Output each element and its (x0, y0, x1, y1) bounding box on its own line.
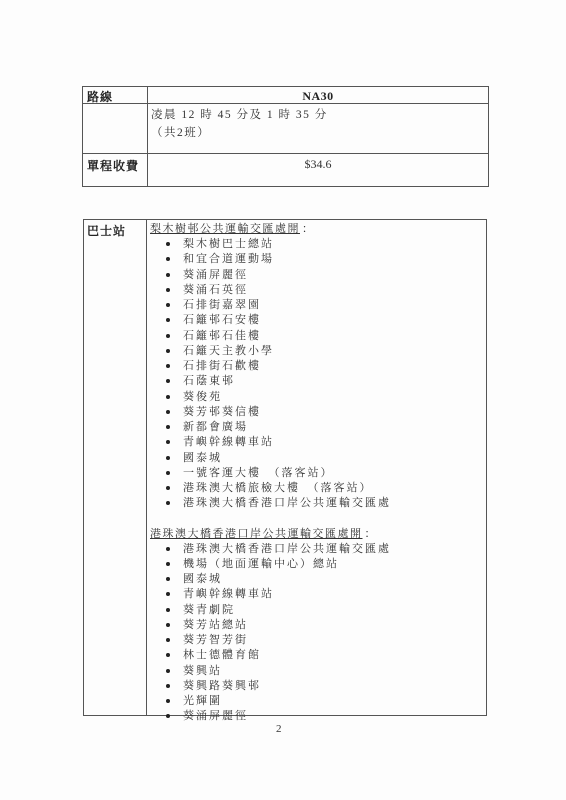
list-item: 葵俊苑 (150, 389, 480, 404)
departure-count-line: （共2班） (151, 124, 481, 142)
list-item: 林士德體育館 (150, 647, 480, 662)
list-item: 港珠澳大橋香港口岸公共運輸交匯處 (150, 495, 480, 510)
section-title-text: 港珠澳大橋香港口岸公共運輸交匯處開 (150, 527, 363, 540)
list-item: 和宜合道運動場 (150, 251, 480, 266)
list-item: 港珠澳大橋旅檢大樓 （落客站） (150, 480, 480, 495)
page-number: 2 (276, 723, 282, 735)
list-item: 葵涌屏麗徑 (150, 267, 480, 282)
list-item: 葵芳邨葵信樓 (150, 404, 480, 419)
list-item: 梨木樹巴士總站 (150, 236, 480, 251)
list-item: 葵涌屏麗徑 (150, 708, 480, 723)
list-item: 石籬邨石安樓 (150, 312, 480, 327)
list-item: 新都會廣場 (150, 419, 480, 434)
departure-times: 凌晨 12 時 45 分及 1 時 35 分 （共2班） (151, 106, 481, 142)
list-item: 石蔭東邨 (150, 373, 480, 388)
list-item: 國泰城 (150, 450, 480, 465)
departure-time-line: 凌晨 12 時 45 分及 1 時 35 分 (151, 106, 481, 124)
list-item: 一號客運大樓 （落客站） (150, 465, 480, 480)
list-item: 港珠澳大橋香港口岸公共運輸交匯處 (150, 541, 480, 556)
section-title-hzmb: 港珠澳大橋香港口岸公共運輸交匯處開： (150, 526, 480, 541)
list-item: 葵芳站總站 (150, 617, 480, 632)
fare-label: 單程收費 (87, 157, 139, 174)
list-item: 葵青劇院 (150, 602, 480, 617)
list-item: 石排街石歡樓 (150, 358, 480, 373)
list-item: 國泰城 (150, 571, 480, 586)
fare-value: $34.6 (148, 157, 488, 172)
table-divider (146, 219, 147, 716)
bus-stops-label: 巴士站 (87, 222, 126, 239)
list-item: 石排街嘉翠園 (150, 297, 480, 312)
list-item: 光輝圍 (150, 693, 480, 708)
list-item: 青嶼幹線轉車站 (150, 586, 480, 601)
list-item: 葵芳智芳街 (150, 632, 480, 647)
section-title-text: 梨木樹邨公共運輸交匯處開 (150, 222, 300, 235)
list-item: 葵興路葵興邨 (150, 678, 480, 693)
list-item: 機場（地面運輸中心）總站 (150, 556, 480, 571)
route-label: 路線 (87, 88, 113, 105)
route-number: NA30 (148, 89, 488, 104)
table-divider (82, 153, 489, 154)
section-title-lei-muk-shue: 梨木樹邨公共運輸交匯處開： (150, 221, 480, 236)
stops-content: 梨木樹邨公共運輸交匯處開： 梨木樹巴士總站 和宜合道運動場 葵涌屏麗徑 葵涌石英… (150, 221, 480, 724)
stop-list-outbound: 梨木樹巴士總站 和宜合道運動場 葵涌屏麗徑 葵涌石英徑 石排街嘉翠園 石籬邨石安… (150, 236, 480, 511)
list-item: 石籬天主教小學 (150, 343, 480, 358)
list-item: 葵涌石英徑 (150, 282, 480, 297)
stop-list-inbound: 港珠澳大橋香港口岸公共運輸交匯處 機場（地面運輸中心）總站 國泰城 青嶼幹線轉車… (150, 541, 480, 724)
list-item: 青嶼幹線轉車站 (150, 434, 480, 449)
list-item: 葵興站 (150, 663, 480, 678)
list-item: 石籬邨石佳樓 (150, 328, 480, 343)
